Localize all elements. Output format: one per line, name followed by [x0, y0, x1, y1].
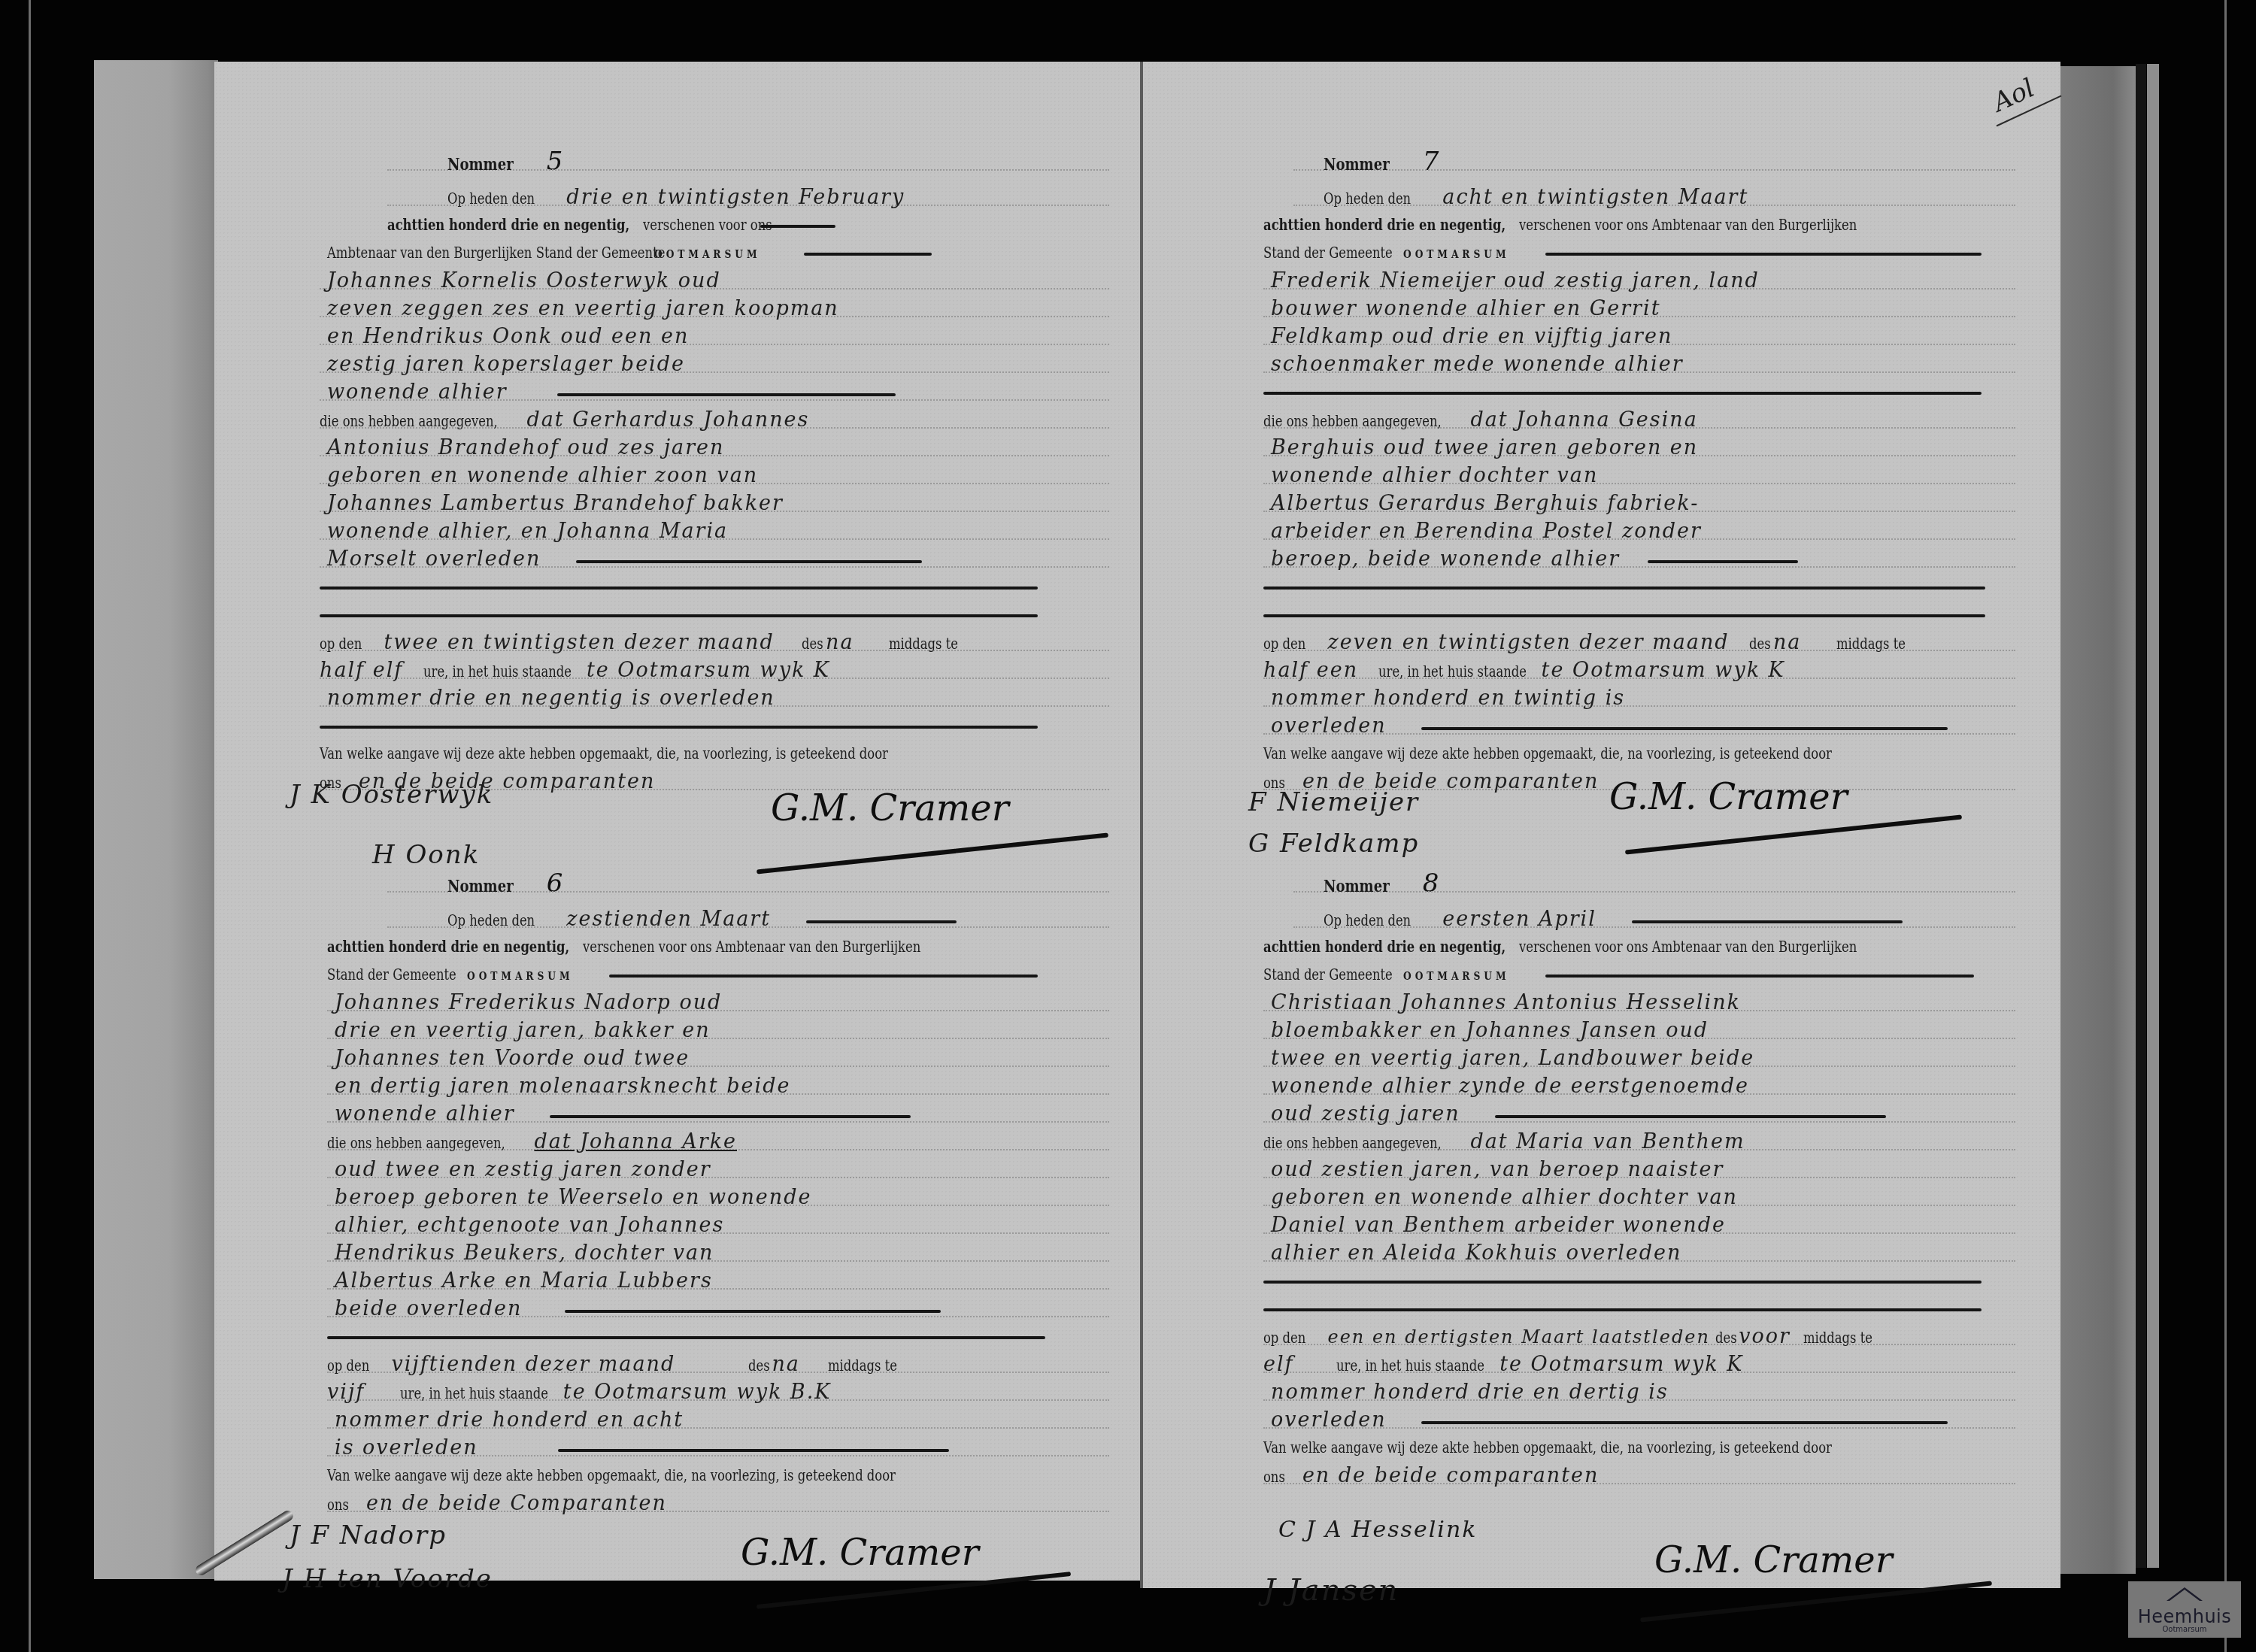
- comparant-line: Christiaan Johannes Antonius Hesselink: [1271, 991, 1741, 1014]
- death-date: zeven en twintigsten dezer maand: [1327, 631, 1729, 654]
- nommer-label: Nommer: [1324, 873, 1390, 901]
- nommer-label: Nommer: [447, 873, 514, 901]
- fill-rule: [1495, 1115, 1886, 1118]
- verschenen-text: verschenen voor ons Ambtenaar van den Bu…: [1519, 211, 1857, 239]
- blank-rule: [1263, 1308, 1982, 1311]
- stand-text: Stand der Gemeente: [327, 961, 456, 989]
- fill-rule: [576, 560, 922, 563]
- ure-label: ure, in het huis staande: [1378, 658, 1527, 686]
- fill-rule: [1632, 920, 1903, 923]
- municipality: OOTMARSUM: [1403, 962, 1509, 990]
- place-line: nommer honderd drie en dertig is: [1271, 1381, 1669, 1404]
- fill-rule: [558, 1449, 949, 1452]
- des-label: des: [1749, 630, 1771, 658]
- record-date: drie en twintigsten February: [566, 186, 905, 209]
- op-heden-label: Op heden den: [447, 907, 535, 935]
- blank-rule: [320, 587, 1038, 590]
- ure-label: ure, in het huis staande: [400, 1380, 548, 1408]
- comparant-line: drie en veertig jaren, bakker en: [335, 1019, 711, 1042]
- aangifte-line: alhier en Aleida Kokhuis overleden: [1271, 1241, 1681, 1265]
- nommer-label: Nommer: [447, 151, 514, 179]
- fill-rule: [1421, 1421, 1948, 1424]
- right-page-stack-edge: [2060, 66, 2136, 1574]
- signature-flourish: [757, 1572, 1071, 1609]
- fill-rule: [804, 253, 932, 256]
- death-date: een en dertigsten Maart laatstleden: [1327, 1326, 1710, 1347]
- verschenen-text: verschenen voor ons Ambtenaar van den Bu…: [1519, 933, 1857, 961]
- aangifte-line: Morselt overleden: [327, 547, 541, 571]
- record-8: Nommer 8 Op heden den eersten April acht…: [1293, 870, 2015, 1490]
- death-hour: half een: [1263, 659, 1358, 682]
- signed-by: en de beide comparanten: [1302, 770, 1600, 793]
- place-line: nommer honderd en twintig is: [1271, 687, 1625, 710]
- closing-text: Van welke aangave wij deze akte hebben o…: [1263, 1434, 1832, 1462]
- op-den-label: op den: [327, 1352, 369, 1380]
- place-line: nommer drie honderd en acht: [335, 1408, 684, 1432]
- signature-clerk: G.M. Cramer: [771, 787, 1009, 829]
- municipality: OOTMARSUM: [467, 962, 573, 990]
- blank-rule: [320, 726, 1038, 729]
- nommer-number: 7: [1423, 147, 1439, 177]
- house-roof-icon: [2167, 1587, 2203, 1601]
- comparant-line: Johannes Frederikus Nadorp oud: [335, 991, 722, 1014]
- comparant-line: bouwer wonende alhier en Gerrit: [1271, 297, 1661, 320]
- aangegeven-label: die ons hebben aangegeven,: [327, 1129, 505, 1157]
- fill-rule: [609, 975, 1038, 978]
- verschenen-text: verschenen voor ons Ambtenaar van den Bu…: [583, 933, 920, 961]
- signature-flourish: [1625, 814, 1962, 854]
- death-date: vijftienden dezer maand: [391, 1353, 675, 1376]
- comparant-line: en Hendrikus Oonk oud een en: [327, 325, 689, 348]
- comparant-line: wonende alhier zynde de eerstgenoemde: [1271, 1075, 1749, 1098]
- aangifte-line: Berghuis oud twee jaren geboren en: [1271, 436, 1698, 459]
- fill-rule: [1648, 560, 1798, 563]
- des-label: des: [802, 630, 823, 658]
- film-edge-right: [2224, 0, 2227, 1652]
- record-5: Nommer 5 Op heden den drie en twintigste…: [387, 148, 1109, 796]
- aangifte-line: geboren en wonende alhier dochter van: [1271, 1186, 1738, 1209]
- blank-rule: [1263, 614, 1985, 617]
- ure-label: ure, in het huis staande: [423, 658, 572, 686]
- ons-label: ons: [1263, 1463, 1285, 1491]
- aangifte-line: beroep, beide wonende alhier: [1271, 547, 1620, 571]
- comparant-line: Johannes ten Voorde oud twee: [335, 1047, 690, 1070]
- closing-text: Van welke aangave wij deze akte hebben o…: [1263, 740, 1832, 768]
- aangifte-line: Albertus Arke en Maria Lubbers: [335, 1269, 713, 1293]
- place-line: nommer drie en negentig is overleden: [327, 687, 775, 710]
- middags-label: middags te: [1836, 630, 1906, 658]
- ambtenaar-text: Ambtenaar van den Burgerlijken Stand der…: [327, 239, 665, 267]
- comparant-line: Frederik Niemeijer oud zestig jaren, lan…: [1271, 269, 1760, 293]
- place-line: te Ootmarsum wyk K: [1542, 659, 1785, 682]
- death-hour: half elf: [320, 659, 403, 682]
- aangifte-line: Albertus Gerardus Berghuis fabriek-: [1271, 492, 1699, 515]
- op-heden-label: Op heden den: [1324, 907, 1411, 935]
- middags-label: middags te: [1803, 1324, 1872, 1352]
- death-date: twee en twintigsten dezer maand: [384, 631, 774, 654]
- death-hour: elf: [1263, 1353, 1294, 1376]
- op-den-label: op den: [320, 630, 362, 658]
- signature-clerk: G.M. Cramer: [741, 1532, 979, 1574]
- ons-label: ons: [327, 1491, 349, 1519]
- fill-rule: [1545, 253, 1982, 256]
- fill-rule: [760, 225, 835, 228]
- aangifte-line: alhier, echtgenoote van Johannes: [335, 1214, 724, 1237]
- closing-text: Van welke aangave wij deze akte hebben o…: [320, 740, 888, 768]
- comparant-line: en dertig jaren molenaarsknecht beide: [335, 1075, 790, 1098]
- signature-comparant: J Jansen: [1263, 1573, 1399, 1608]
- des-fill: voor: [1739, 1325, 1791, 1348]
- middags-label: middags te: [889, 630, 958, 658]
- signature-flourish: [757, 832, 1108, 874]
- aangifte-line: Daniel van Benthem arbeider wonende: [1271, 1214, 1726, 1237]
- right-cover-strip: [2147, 64, 2159, 1568]
- signature-comparant: C J A Hesselink: [1278, 1517, 1477, 1543]
- place-line: is overleden: [335, 1436, 478, 1460]
- signature-flourish: [1640, 1581, 1992, 1622]
- aangifte-line: dat Maria van Benthem: [1470, 1130, 1745, 1153]
- municipality: OOTMARSUM: [654, 241, 760, 268]
- record-date: eersten April: [1442, 908, 1596, 931]
- record-date: zestienden Maart: [566, 908, 771, 931]
- signature-comparant: H Oonk: [372, 840, 480, 870]
- stand-text: Stand der Gemeente: [1263, 961, 1393, 989]
- aangifte-line: geboren en wonende alhier zoon van: [327, 464, 758, 487]
- aangifte-line: Johannes Lambertus Brandehof bakker: [327, 492, 784, 515]
- des-fill: na: [772, 1353, 800, 1376]
- aangegeven-label: die ons hebben aangegeven,: [1263, 408, 1442, 435]
- heemhuis-watermark: Heemhuis Ootmarsum: [2128, 1581, 2241, 1638]
- watermark-place: Ootmarsum: [2162, 1626, 2206, 1635]
- ons-label: ons: [1263, 769, 1285, 797]
- signature-clerk: G.M. Cramer: [1609, 776, 1848, 818]
- death-hour: vijf: [327, 1381, 365, 1404]
- record-date: acht en twintigsten Maart: [1442, 186, 1748, 209]
- left-page: Nommer 5 Op heden den drie en twintigste…: [214, 62, 1141, 1581]
- right-binding-bar: [2136, 64, 2146, 1568]
- ure-label: ure, in het huis staande: [1336, 1352, 1484, 1380]
- fill-rule: [806, 920, 957, 923]
- watermark-brand: Heemhuis: [2138, 1608, 2232, 1626]
- aangifte-line: beide overleden: [335, 1297, 522, 1320]
- aangifte-line: dat Johanna Arke: [534, 1130, 737, 1153]
- comparant-line: schoenmaker mede wonende alhier: [1271, 353, 1684, 376]
- aangifte-line: beroep geboren te Weerselo en wonende: [335, 1186, 811, 1209]
- year-text: achttien honderd drie en negentig,: [387, 211, 629, 239]
- signed-by: en de beide Comparanten: [366, 1492, 667, 1515]
- signature-comparant: J H ten Voorde: [282, 1564, 493, 1594]
- aangifte-line: wonende alhier dochter van: [1271, 464, 1598, 487]
- corner-annotation: Aol: [1988, 73, 2039, 118]
- op-den-label: op den: [1263, 1324, 1305, 1352]
- year-text: achttien honderd drie en negentig,: [1263, 211, 1506, 239]
- right-page: Aol Nommer 7 Op heden den acht en twinti…: [1143, 62, 2060, 1588]
- film-edge-left: [29, 0, 31, 1652]
- nommer-number: 8: [1423, 868, 1439, 899]
- closing-text: Van welke aangave wij deze akte hebben o…: [327, 1462, 896, 1490]
- signed-by: en de beide comparanten: [1302, 1464, 1600, 1487]
- aangifte-line: dat Gerhardus Johannes: [526, 408, 809, 432]
- op-heden-label: Op heden den: [1324, 185, 1411, 213]
- place-line: te Ootmarsum wyk K: [1499, 1353, 1743, 1376]
- place-line: overleden: [1271, 714, 1387, 738]
- middags-label: middags te: [828, 1352, 897, 1380]
- aangifte-line: oud twee en zestig jaren zonder: [335, 1158, 711, 1181]
- nommer-label: Nommer: [1324, 151, 1390, 179]
- signed-by: en de beide comparanten: [359, 770, 656, 793]
- comparant-line: twee en veertig jaren, Landbouwer beide: [1271, 1047, 1754, 1070]
- verschenen-text: verschenen voor ons: [643, 211, 772, 239]
- place-line: te Ootmarsum wyk B.K: [563, 1381, 832, 1404]
- comparant-line: zeven zeggen zes en veertig jaren koopma…: [327, 297, 839, 320]
- comparant-line: zestig jaren koperslager beide: [327, 353, 685, 376]
- blank-rule: [327, 1336, 1045, 1339]
- fill-rule: [1421, 727, 1948, 730]
- nommer-number: 5: [547, 147, 563, 177]
- left-page-stack-edge: [94, 60, 218, 1579]
- blank-rule: [1263, 392, 1982, 395]
- blank-rule: [1263, 587, 1985, 590]
- aangifte-line: dat Johanna Gesina: [1470, 408, 1697, 432]
- nommer-number: 6: [547, 868, 563, 899]
- des-fill: na: [1773, 631, 1802, 654]
- op-den-label: op den: [1263, 630, 1305, 658]
- fill-rule: [1545, 975, 1974, 978]
- municipality: OOTMARSUM: [1403, 241, 1509, 268]
- year-text: achttien honderd drie en negentig,: [327, 933, 569, 961]
- comparant-line: wonende alhier: [327, 380, 508, 404]
- comparant-line: oud zestig jaren: [1271, 1102, 1460, 1126]
- blank-rule: [320, 614, 1038, 617]
- op-heden-label: Op heden den: [447, 185, 535, 213]
- fill-rule: [565, 1310, 941, 1313]
- fill-rule: [557, 393, 896, 396]
- stand-text: Stand der Gemeente: [1263, 239, 1393, 267]
- aangegeven-label: die ons hebben aangegeven,: [1263, 1129, 1442, 1157]
- aangifte-line: wonende alhier, en Johanna Maria: [327, 520, 728, 543]
- signature-comparant: J F Nadorp: [290, 1520, 447, 1550]
- place-line: te Ootmarsum wyk K: [587, 659, 830, 682]
- aangifte-line: oud zestien jaren, van beroep naaister: [1271, 1158, 1724, 1181]
- des-fill: na: [826, 631, 854, 654]
- aangegeven-label: die ons hebben aangegeven,: [320, 408, 498, 435]
- year-text: achttien honderd drie en negentig,: [1263, 933, 1506, 961]
- fill-rule: [550, 1115, 911, 1118]
- signature-comparant: G Feldkamp: [1248, 829, 1419, 859]
- blank-rule: [1263, 1281, 1982, 1284]
- comparant-line: wonende alhier: [335, 1102, 515, 1126]
- signature-clerk: G.M. Cramer: [1654, 1539, 1893, 1581]
- place-line: overleden: [1271, 1408, 1387, 1432]
- aangifte-line: Antonius Brandehof oud zes jaren: [327, 436, 724, 459]
- record-7: Nommer 7 Op heden den acht en twintigste…: [1293, 148, 2015, 796]
- ons-label: ons: [320, 769, 341, 797]
- des-label: des: [748, 1352, 770, 1380]
- aangifte-line: Hendrikus Beukers, dochter van: [335, 1241, 714, 1265]
- signature-area: J F Nadorp J H ten Voorde G.M. Cramer: [320, 1520, 1042, 1633]
- comparant-line: Johannes Kornelis Oosterwyk oud: [327, 269, 721, 293]
- signature-area: C J A Hesselink J Jansen G.M. Cramer: [1263, 1517, 1985, 1629]
- comparant-line: bloembakker en Johannes Jansen oud: [1271, 1019, 1709, 1042]
- aangifte-line: arbeider en Berendina Postel zonder: [1271, 520, 1702, 543]
- comparant-line: Feldkamp oud drie en vijftig jaren: [1271, 325, 1672, 348]
- record-6: Nommer 6 Op heden den zestienden Maart a…: [387, 870, 1109, 1517]
- des-label: des: [1715, 1324, 1737, 1352]
